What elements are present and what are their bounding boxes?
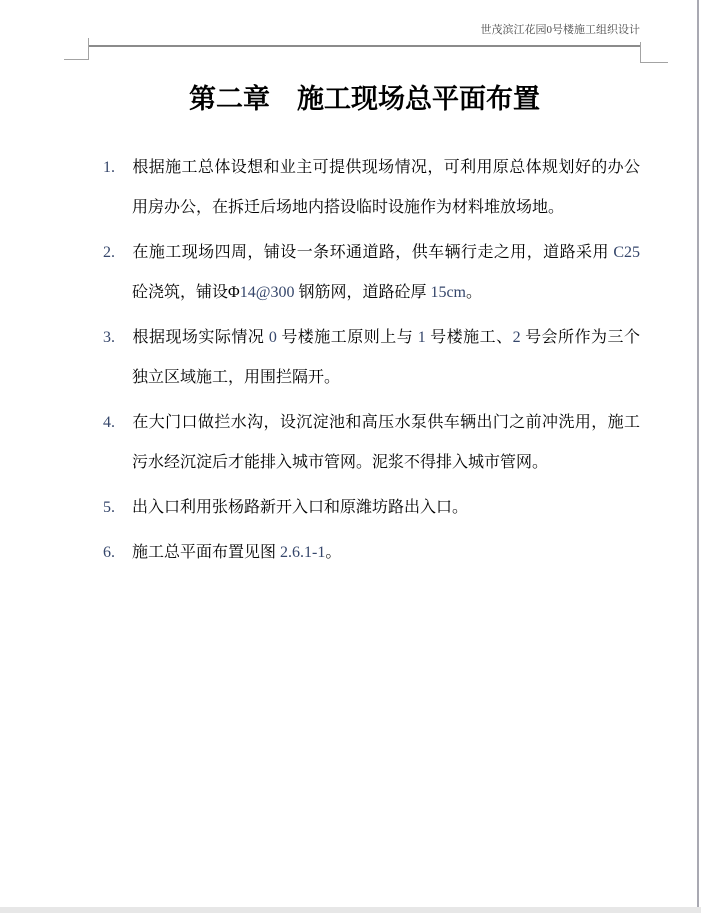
document-page: 世茂滨江花园0号楼施工组织设计 第二章 施工现场总平面布置 1.根据施工总体设想…	[0, 0, 701, 913]
list-item-text: 根据现场实际情况 0 号楼施工原则上与 1 号楼施工、2 号会所作为三个独立区域…	[132, 329, 640, 386]
chapter-title: 第二章 施工现场总平面布置	[88, 82, 641, 116]
latin-run: 1	[418, 329, 426, 346]
list-item-number: 6.	[103, 533, 132, 573]
list-item-number: 4.	[103, 403, 132, 443]
list-item-number: 2.	[103, 233, 132, 273]
list-item-text: 在施工现场四周，铺设一条环通道路，供车辆行走之用，道路采用 C25 砼浇筑，铺设…	[132, 244, 640, 301]
latin-run: C25	[613, 244, 640, 261]
numbered-item-list: 1.根据施工总体设想和业主可提供现场情况，可利用原总体规划好的办公用房办公，在拆…	[103, 148, 640, 578]
list-item: 4.在大门口做拦水沟，设沉淀池和高压水泵供车辆出门之前冲洗用，施工污水经沉淀后才…	[103, 403, 640, 483]
list-item-text: 出入口利用张杨路新开入口和原潍坊路出入口。	[132, 499, 468, 516]
list-item: 1.根据施工总体设想和业主可提供现场情况，可利用原总体规划好的办公用房办公，在拆…	[103, 148, 640, 228]
list-item: 5.出入口利用张杨路新开入口和原潍坊路出入口。	[103, 488, 640, 528]
header-rule-line	[88, 45, 641, 47]
list-item-text: 在大门口做拦水沟，设沉淀池和高压水泵供车辆出门之前冲洗用，施工污水经沉淀后才能排…	[132, 414, 640, 471]
page-right-edge	[697, 0, 699, 907]
latin-run: 14@300	[240, 284, 295, 301]
crop-mark-top-left-vertical	[88, 38, 89, 60]
list-item-text: 根据施工总体设想和业主可提供现场情况，可利用原总体规划好的办公用房办公，在拆迁后…	[132, 159, 640, 216]
latin-run: 15cm	[430, 284, 466, 301]
latin-run: 0	[269, 329, 277, 346]
list-item-number: 1.	[103, 148, 132, 188]
crop-mark-top-right-vertical	[640, 42, 641, 63]
list-item-text: 施工总平面布置见图 2.6.1-1。	[132, 544, 341, 561]
list-item: 2.在施工现场四周，铺设一条环通道路，供车辆行走之用，道路采用 C25 砼浇筑，…	[103, 233, 640, 313]
latin-run: 2	[513, 329, 521, 346]
page-header-title: 世茂滨江花园0号楼施工组织设计	[88, 22, 640, 38]
list-item: 3.根据现场实际情况 0 号楼施工原则上与 1 号楼施工、2 号会所作为三个独立…	[103, 318, 640, 398]
page-bottom-gap	[0, 907, 701, 913]
latin-run: 2.6.1-1	[280, 544, 325, 561]
crop-mark-top-right-horizontal	[640, 62, 668, 63]
crop-mark-top-left-horizontal	[64, 59, 89, 60]
list-item: 6.施工总平面布置见图 2.6.1-1。	[103, 533, 640, 573]
list-item-number: 3.	[103, 318, 132, 358]
list-item-number: 5.	[103, 488, 132, 528]
